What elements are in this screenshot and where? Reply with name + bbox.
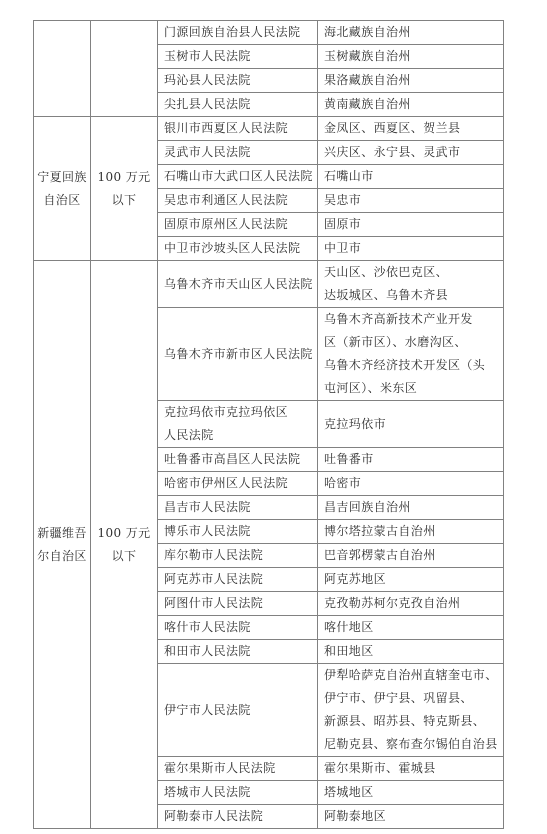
court-cell: 和田市人民法院 bbox=[158, 640, 318, 664]
court-cell: 中卫市沙坡头区人民法院 bbox=[158, 237, 318, 261]
jurisdiction-cell: 黄南藏族自治州 bbox=[318, 93, 504, 117]
region-cell bbox=[34, 21, 91, 117]
jurisdiction-cell: 石嘴山市 bbox=[318, 165, 504, 189]
court-cell: 阿勒泰市人民法院 bbox=[158, 805, 318, 829]
jurisdiction-cell: 乌鲁木齐高新技术产业开发 区（新市区）、水磨沟区、 乌鲁木齐经济技术开发区（头 … bbox=[318, 308, 504, 401]
jurisdiction-cell: 阿勒泰地区 bbox=[318, 805, 504, 829]
table-row: 宁夏回族 自治区100 万元 以下银川市西夏区人民法院金凤区、西夏区、贺兰县 bbox=[34, 117, 504, 141]
court-cell: 霍尔果斯市人民法院 bbox=[158, 757, 318, 781]
court-cell: 伊宁市人民法院 bbox=[158, 664, 318, 757]
jurisdiction-cell: 海北藏族自治州 bbox=[318, 21, 504, 45]
court-cell: 塔城市人民法院 bbox=[158, 781, 318, 805]
court-cell: 阿图什市人民法院 bbox=[158, 592, 318, 616]
court-cell: 哈密市伊州区人民法院 bbox=[158, 472, 318, 496]
court-cell: 克拉玛依市克拉玛依区 人民法院 bbox=[158, 401, 318, 448]
jurisdiction-cell: 固原市 bbox=[318, 213, 504, 237]
table-row: 新疆维吾 尔自治区100 万元 以下乌鲁木齐市天山区人民法院天山区、沙依巴克区、… bbox=[34, 261, 504, 308]
court-cell: 固原市原州区人民法院 bbox=[158, 213, 318, 237]
court-cell: 吴忠市利通区人民法院 bbox=[158, 189, 318, 213]
jurisdiction-cell: 果洛藏族自治州 bbox=[318, 69, 504, 93]
jurisdiction-cell: 和田地区 bbox=[318, 640, 504, 664]
jurisdiction-cell: 中卫市 bbox=[318, 237, 504, 261]
jurisdiction-cell: 喀什地区 bbox=[318, 616, 504, 640]
amount-cell bbox=[91, 21, 158, 117]
jurisdiction-cell: 昌吉回族自治州 bbox=[318, 496, 504, 520]
court-cell: 灵武市人民法院 bbox=[158, 141, 318, 165]
court-table-body: 门源回族自治县人民法院海北藏族自治州玉树市人民法院玉树藏族自治州玛沁县人民法院果… bbox=[34, 21, 504, 829]
court-cell: 门源回族自治县人民法院 bbox=[158, 21, 318, 45]
jurisdiction-cell: 哈密市 bbox=[318, 472, 504, 496]
court-cell: 博乐市人民法院 bbox=[158, 520, 318, 544]
jurisdiction-cell: 天山区、沙依巴克区、 达坂城区、乌鲁木齐县 bbox=[318, 261, 504, 308]
jurisdiction-cell: 玉树藏族自治州 bbox=[318, 45, 504, 69]
jurisdiction-cell: 兴庆区、永宁县、灵武市 bbox=[318, 141, 504, 165]
jurisdiction-cell: 博尔塔拉蒙古自治州 bbox=[318, 520, 504, 544]
jurisdiction-cell: 金凤区、西夏区、贺兰县 bbox=[318, 117, 504, 141]
jurisdiction-cell: 吴忠市 bbox=[318, 189, 504, 213]
jurisdiction-cell: 克孜勒苏柯尔克孜自治州 bbox=[318, 592, 504, 616]
court-cell: 库尔勒市人民法院 bbox=[158, 544, 318, 568]
table-row: 门源回族自治县人民法院海北藏族自治州 bbox=[34, 21, 504, 45]
jurisdiction-cell: 克拉玛依市 bbox=[318, 401, 504, 448]
jurisdiction-cell: 伊犁哈萨克自治州直辖奎屯市、 伊宁市、伊宁县、巩留县、 新源县、昭苏县、特克斯县… bbox=[318, 664, 504, 757]
jurisdiction-table: 门源回族自治县人民法院海北藏族自治州玉树市人民法院玉树藏族自治州玛沁县人民法院果… bbox=[33, 20, 504, 829]
court-cell: 乌鲁木齐市新市区人民法院 bbox=[158, 308, 318, 401]
amount-cell: 100 万元 以下 bbox=[91, 261, 158, 829]
region-cell: 宁夏回族 自治区 bbox=[34, 117, 91, 261]
document-page: 门源回族自治县人民法院海北藏族自治州玉树市人民法院玉树藏族自治州玛沁县人民法院果… bbox=[0, 0, 547, 834]
jurisdiction-cell: 霍尔果斯市、霍城县 bbox=[318, 757, 504, 781]
court-cell: 银川市西夏区人民法院 bbox=[158, 117, 318, 141]
court-cell: 吐鲁番市高昌区人民法院 bbox=[158, 448, 318, 472]
region-cell: 新疆维吾 尔自治区 bbox=[34, 261, 91, 829]
court-cell: 石嘴山市大武口区人民法院 bbox=[158, 165, 318, 189]
court-cell: 昌吉市人民法院 bbox=[158, 496, 318, 520]
jurisdiction-cell: 巴音郭楞蒙古自治州 bbox=[318, 544, 504, 568]
court-cell: 玛沁县人民法院 bbox=[158, 69, 318, 93]
court-cell: 喀什市人民法院 bbox=[158, 616, 318, 640]
court-cell: 尖扎县人民法院 bbox=[158, 93, 318, 117]
amount-cell: 100 万元 以下 bbox=[91, 117, 158, 261]
court-cell: 乌鲁木齐市天山区人民法院 bbox=[158, 261, 318, 308]
jurisdiction-cell: 塔城地区 bbox=[318, 781, 504, 805]
jurisdiction-cell: 阿克苏地区 bbox=[318, 568, 504, 592]
court-cell: 阿克苏市人民法院 bbox=[158, 568, 318, 592]
court-cell: 玉树市人民法院 bbox=[158, 45, 318, 69]
jurisdiction-cell: 吐鲁番市 bbox=[318, 448, 504, 472]
